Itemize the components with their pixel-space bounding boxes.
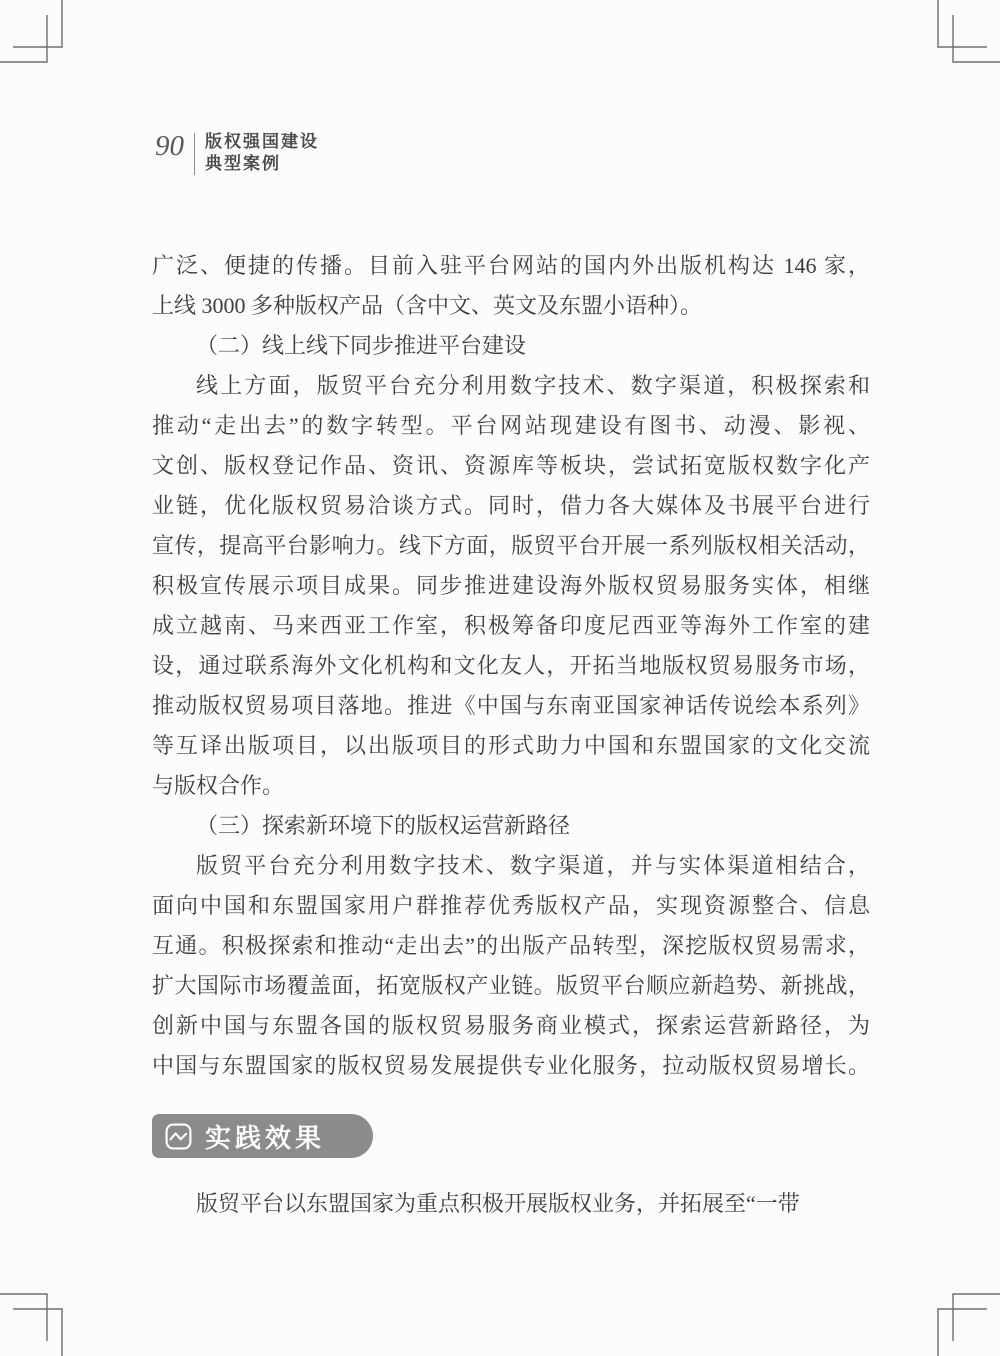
text-line: 互通。积极探索和推动“走出去”的出版产品转型，深挖版权贸易需求， <box>152 926 870 966</box>
text-line: 创新中国与东盟各国的版权贸易服务商业模式，探索运营新路径，为 <box>152 1006 870 1046</box>
text-line: 设，通过联系海外文化机构和文化友人，开拓当地版权贸易服务市场， <box>152 646 870 686</box>
section-banner-label: 实践效果 <box>205 1118 325 1155</box>
body-text-after: 版贸平台以东盟国家为重点积极开展版权业务，并拓展至“一带 <box>152 1184 870 1224</box>
text-line: 上线 3000 多种版权产品（含中文、英文及东盟小语种）。 <box>152 286 870 326</box>
text-line: 成立越南、马来西亚工作室，积极筹备印度尼西亚等海外工作室的建 <box>152 606 870 646</box>
text-line: 版贸平台充分利用数字技术、数字渠道，并与实体渠道相结合， <box>152 846 870 886</box>
crop-mark-top-left <box>0 0 64 64</box>
text-line: 与版权合作。 <box>152 766 870 806</box>
text-line: 版贸平台以东盟国家为重点积极开展版权业务，并拓展至“一带 <box>152 1184 870 1224</box>
text-line: 等互译出版项目，以出版项目的形式助力中国和东盟国家的文化交流 <box>152 726 870 766</box>
page-number: 90 <box>155 129 184 163</box>
text-line: 线上方面，版贸平台充分利用数字技术、数字渠道，积极探索和 <box>152 366 870 406</box>
header-divider <box>194 133 195 175</box>
text-line: 面向中国和东盟国家用户群推荐优秀版权产品，实现资源整合、信息 <box>152 886 870 926</box>
book-subtitle: 典型案例 <box>205 153 319 175</box>
line-chart-icon <box>165 1123 192 1150</box>
running-header-title: 版权强国建设 典型案例 <box>205 131 319 175</box>
body-text: 广泛、便捷的传播。目前入驻平台网站的国内外出版机构达 146 家，上线 3000… <box>152 246 870 1086</box>
crop-mark-bottom-left <box>0 1292 64 1356</box>
text-line: 业链，优化版权贸易洽谈方式。同时，借力各大媒体及书展平台进行 <box>152 486 870 526</box>
text-line: 宣传，提高平台影响力。线下方面，版贸平台开展一系列版权相关活动， <box>152 526 870 566</box>
text-line: （二）线上线下同步推进平台建设 <box>152 326 870 366</box>
text-line: 积极宣传展示项目成果。同步推进建设海外版权贸易服务实体，相继 <box>152 566 870 606</box>
crop-mark-bottom-right <box>936 1292 1000 1356</box>
text-line: （三）探索新环境下的版权运营新路径 <box>152 806 870 846</box>
book-page: 90 版权强国建设 典型案例 广泛、便捷的传播。目前入驻平台网站的国内外出版机构… <box>0 0 1000 1356</box>
book-title: 版权强国建设 <box>205 131 319 153</box>
text-line: 广泛、便捷的传播。目前入驻平台网站的国内外出版机构达 146 家， <box>152 246 870 286</box>
crop-mark-top-right <box>936 0 1000 64</box>
text-line: 文创、版权登记作品、资讯、资源库等板块，尝试拓宽版权数字化产 <box>152 446 870 486</box>
text-line: 推动“走出去”的数字转型。平台网站现建设有图书、动漫、影视、 <box>152 406 870 446</box>
section-banner: 实践效果 <box>152 1114 373 1158</box>
text-line: 推动版权贸易项目落地。推进《中国与东南亚国家神话传说绘本系列》 <box>152 686 870 726</box>
text-line: 扩大国际市场覆盖面，拓宽版权产业链。版贸平台顺应新趋势、新挑战， <box>152 966 870 1006</box>
text-line: 中国与东盟国家的版权贸易发展提供专业化服务，拉动版权贸易增长。 <box>152 1046 870 1086</box>
